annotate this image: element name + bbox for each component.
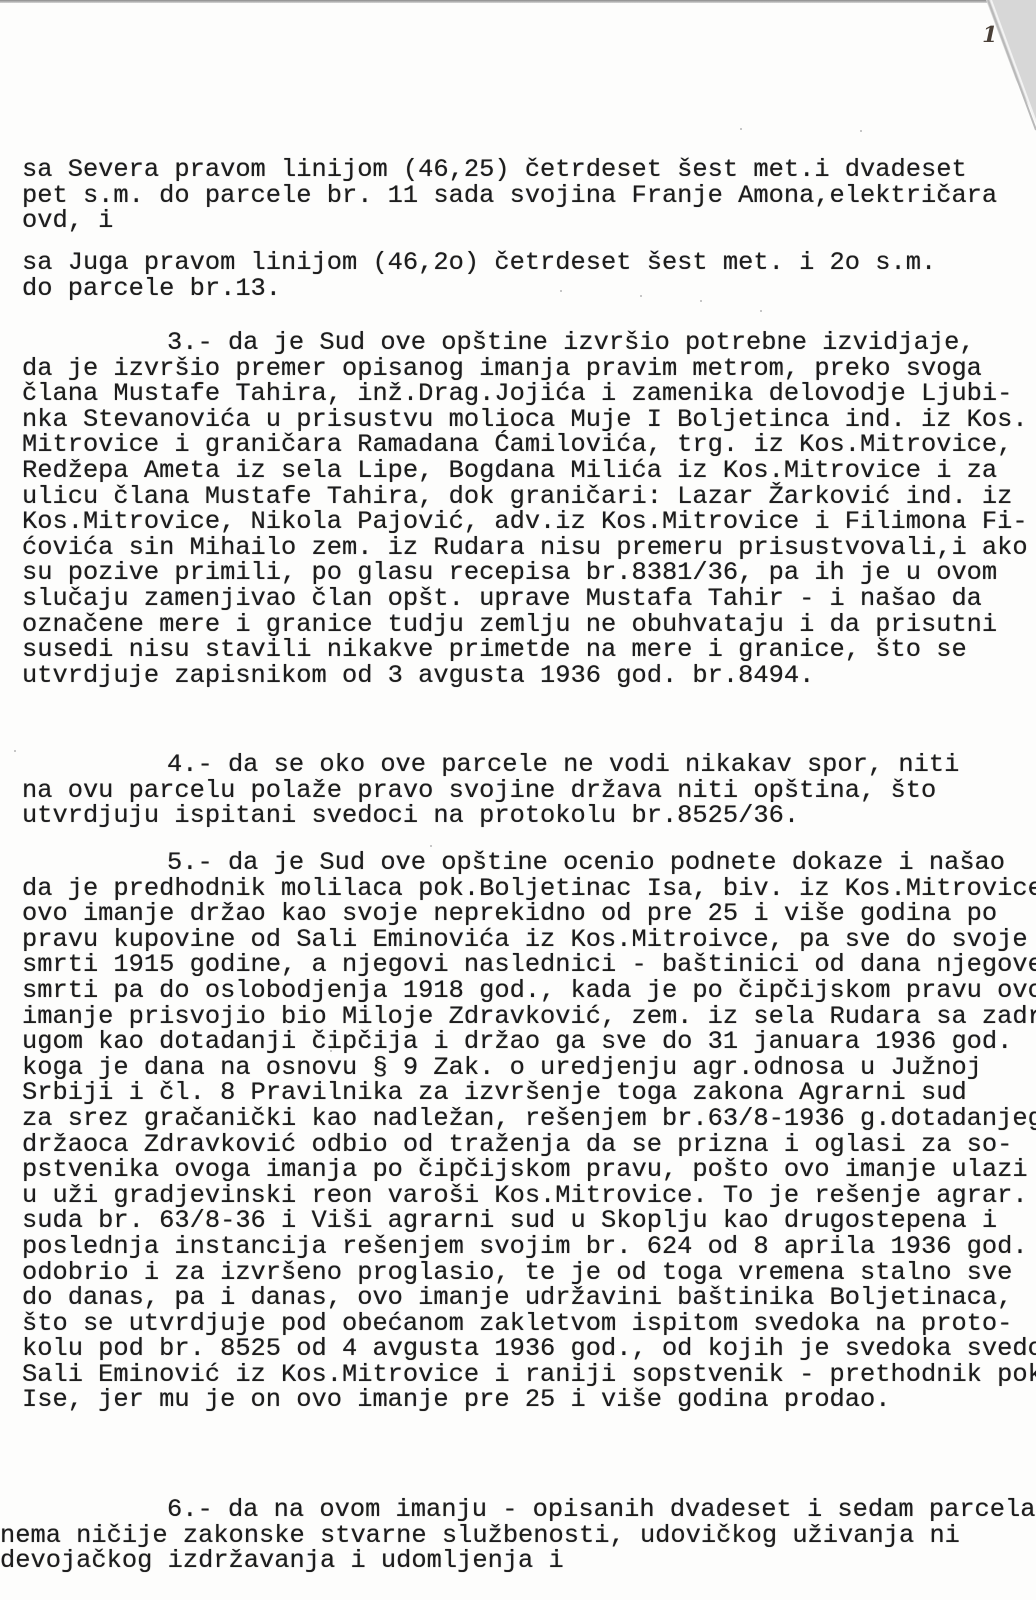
- paragraph-point-4: 4.- da se oko ove parcele ne vodi nikaka…: [22, 752, 1032, 829]
- paragraph-boundary-south: sa Juga pravom linijom (46,2o) četrdeset…: [22, 250, 1032, 301]
- text-line: nema ničije zakonske stvarne službenosti…: [0, 1523, 1032, 1549]
- text-line: utvrdjuje zapisnikom od 3 avgusta 1936 g…: [22, 663, 1032, 689]
- text-line: 5.- da je Sud ove opštine ocenio podnete…: [22, 850, 1032, 876]
- text-line: pet s.m. do parcele br. 11 sada svojina …: [22, 183, 1032, 209]
- page-top-edge: [0, 0, 990, 3]
- text-line: na ovu parcelu polaže pravo svojine drža…: [22, 778, 1032, 804]
- text-line: sa Severa pravom linijom (46,25) četrdes…: [22, 157, 1032, 183]
- text-line: da je predhodnik molilaca pok.Boljetinac…: [22, 876, 1032, 902]
- text-line: držaoca Zdravković odbio od traženja da …: [22, 1132, 1032, 1158]
- text-line: sa Juga pravom linijom (46,2o) četrdeset…: [22, 250, 1032, 276]
- text-line: slučaju zamenjivao član opšt. uprave Mus…: [22, 586, 1032, 612]
- paragraph-point-5: 5.- da je Sud ove opštine ocenio podnete…: [22, 850, 1032, 1413]
- text-line: poslednja instancija rešenjem svojim br.…: [22, 1234, 1032, 1260]
- text-line: pstvenika ovoga imanja po čipčijskom pra…: [22, 1157, 1032, 1183]
- text-line: su pozive primili, po glasu recepisa br.…: [22, 560, 1032, 586]
- paragraph-boundary-north: sa Severa pravom linijom (46,25) četrdes…: [22, 157, 1032, 234]
- text-line: pravu kupovine od Sali Eminovića iz Kos.…: [22, 927, 1032, 953]
- text-line: Kos.Mitrovice, Nikola Pajović, adv.iz Ko…: [22, 509, 1032, 535]
- text-line: smrti pa do oslobodjenja 1918 god., kada…: [22, 978, 1032, 1004]
- paragraph-point-6: 6.- da na ovom imanju - opisanih dvadese…: [22, 1497, 1032, 1574]
- text-line: člana Mustafe Tahira, inž.Drag.Jojića i …: [22, 381, 1032, 407]
- text-line: nka Stevanovića u prisustvu molioca Muje…: [22, 407, 1032, 433]
- text-line: ovd, i: [22, 208, 1032, 234]
- text-line: do danas, pa i danas, ovo imanje udržavi…: [22, 1285, 1032, 1311]
- text-line: odobrio i za izvršeno proglasio, te je o…: [22, 1260, 1032, 1286]
- text-line: 3.- da je Sud ove opštine izvršio potreb…: [22, 330, 1032, 356]
- text-line: 6.- da na ovom imanju - opisanih dvadese…: [22, 1497, 1032, 1523]
- text-line: Srbiji i čl. 8 Pravilnika za izvršenje t…: [22, 1080, 1032, 1106]
- text-line: do parcele br.13.: [22, 276, 1032, 302]
- text-line: smrti 1915 godine, a njegovi naslednici …: [22, 952, 1032, 978]
- text-line: Redžepa Ameta iz sela Lipe, Bogdana Mili…: [22, 458, 1032, 484]
- text-line: kolu pod br. 8525 od 4 avgusta 1936 god.…: [22, 1336, 1032, 1362]
- text-line: da je izvršio premer opisanog imanja pra…: [22, 356, 1032, 382]
- page-number-mark: 1: [979, 22, 1000, 48]
- text-line: suda br. 63/8-36 i Viši agrarni sud u Sk…: [22, 1208, 1032, 1234]
- text-line: imanje prisvojio bio Miloje Zdravković, …: [22, 1004, 1032, 1030]
- text-line: devojačkog izdržavanja i udomljenja i: [0, 1548, 1032, 1574]
- text-line: ćovića sin Mihailo zem. iz Rudara nisu p…: [22, 535, 1032, 561]
- text-line: u uži gradjevinski reon varoši Kos.Mitro…: [22, 1183, 1032, 1209]
- text-line: ovo imanje držao kao svoje neprekidno od…: [22, 901, 1032, 927]
- text-line: susedi nisu stavili nikakve primetde na …: [22, 637, 1032, 663]
- paragraph-point-3: 3.- da je Sud ove opštine izvršio potreb…: [22, 330, 1032, 688]
- text-line: ugom kao dotadanji čipčija i držao ga sv…: [22, 1029, 1032, 1055]
- text-line: 4.- da se oko ove parcele ne vodi nikaka…: [22, 752, 1032, 778]
- text-line: Ise, jer mu je on ovo imanje pre 25 i vi…: [22, 1387, 1032, 1413]
- text-line: označene mere i granice tudju zemlju ne …: [22, 612, 1032, 638]
- text-line: Mitrovice i graničara Ramadana Ćamilović…: [22, 432, 1032, 458]
- text-line: Sali Eminović iz Kos.Mitrovice i raniji …: [22, 1362, 1032, 1388]
- scanned-document-page: 1 sa Severa pravom linijom (46,25) četrd…: [0, 0, 1036, 1600]
- text-line: koga je dana na osnovu § 9 Zak. o uredje…: [22, 1055, 1032, 1081]
- text-line: za srez gračanički kao nadležan, rešenje…: [22, 1106, 1032, 1132]
- text-line: što se utvrdjuje pod obećanom zakletvom …: [22, 1311, 1032, 1337]
- text-line: utvrdjuju ispitani svedoci na protokolu …: [22, 803, 1032, 829]
- text-line: ulicu člana Mustafe Tahira, dok graničar…: [22, 484, 1032, 510]
